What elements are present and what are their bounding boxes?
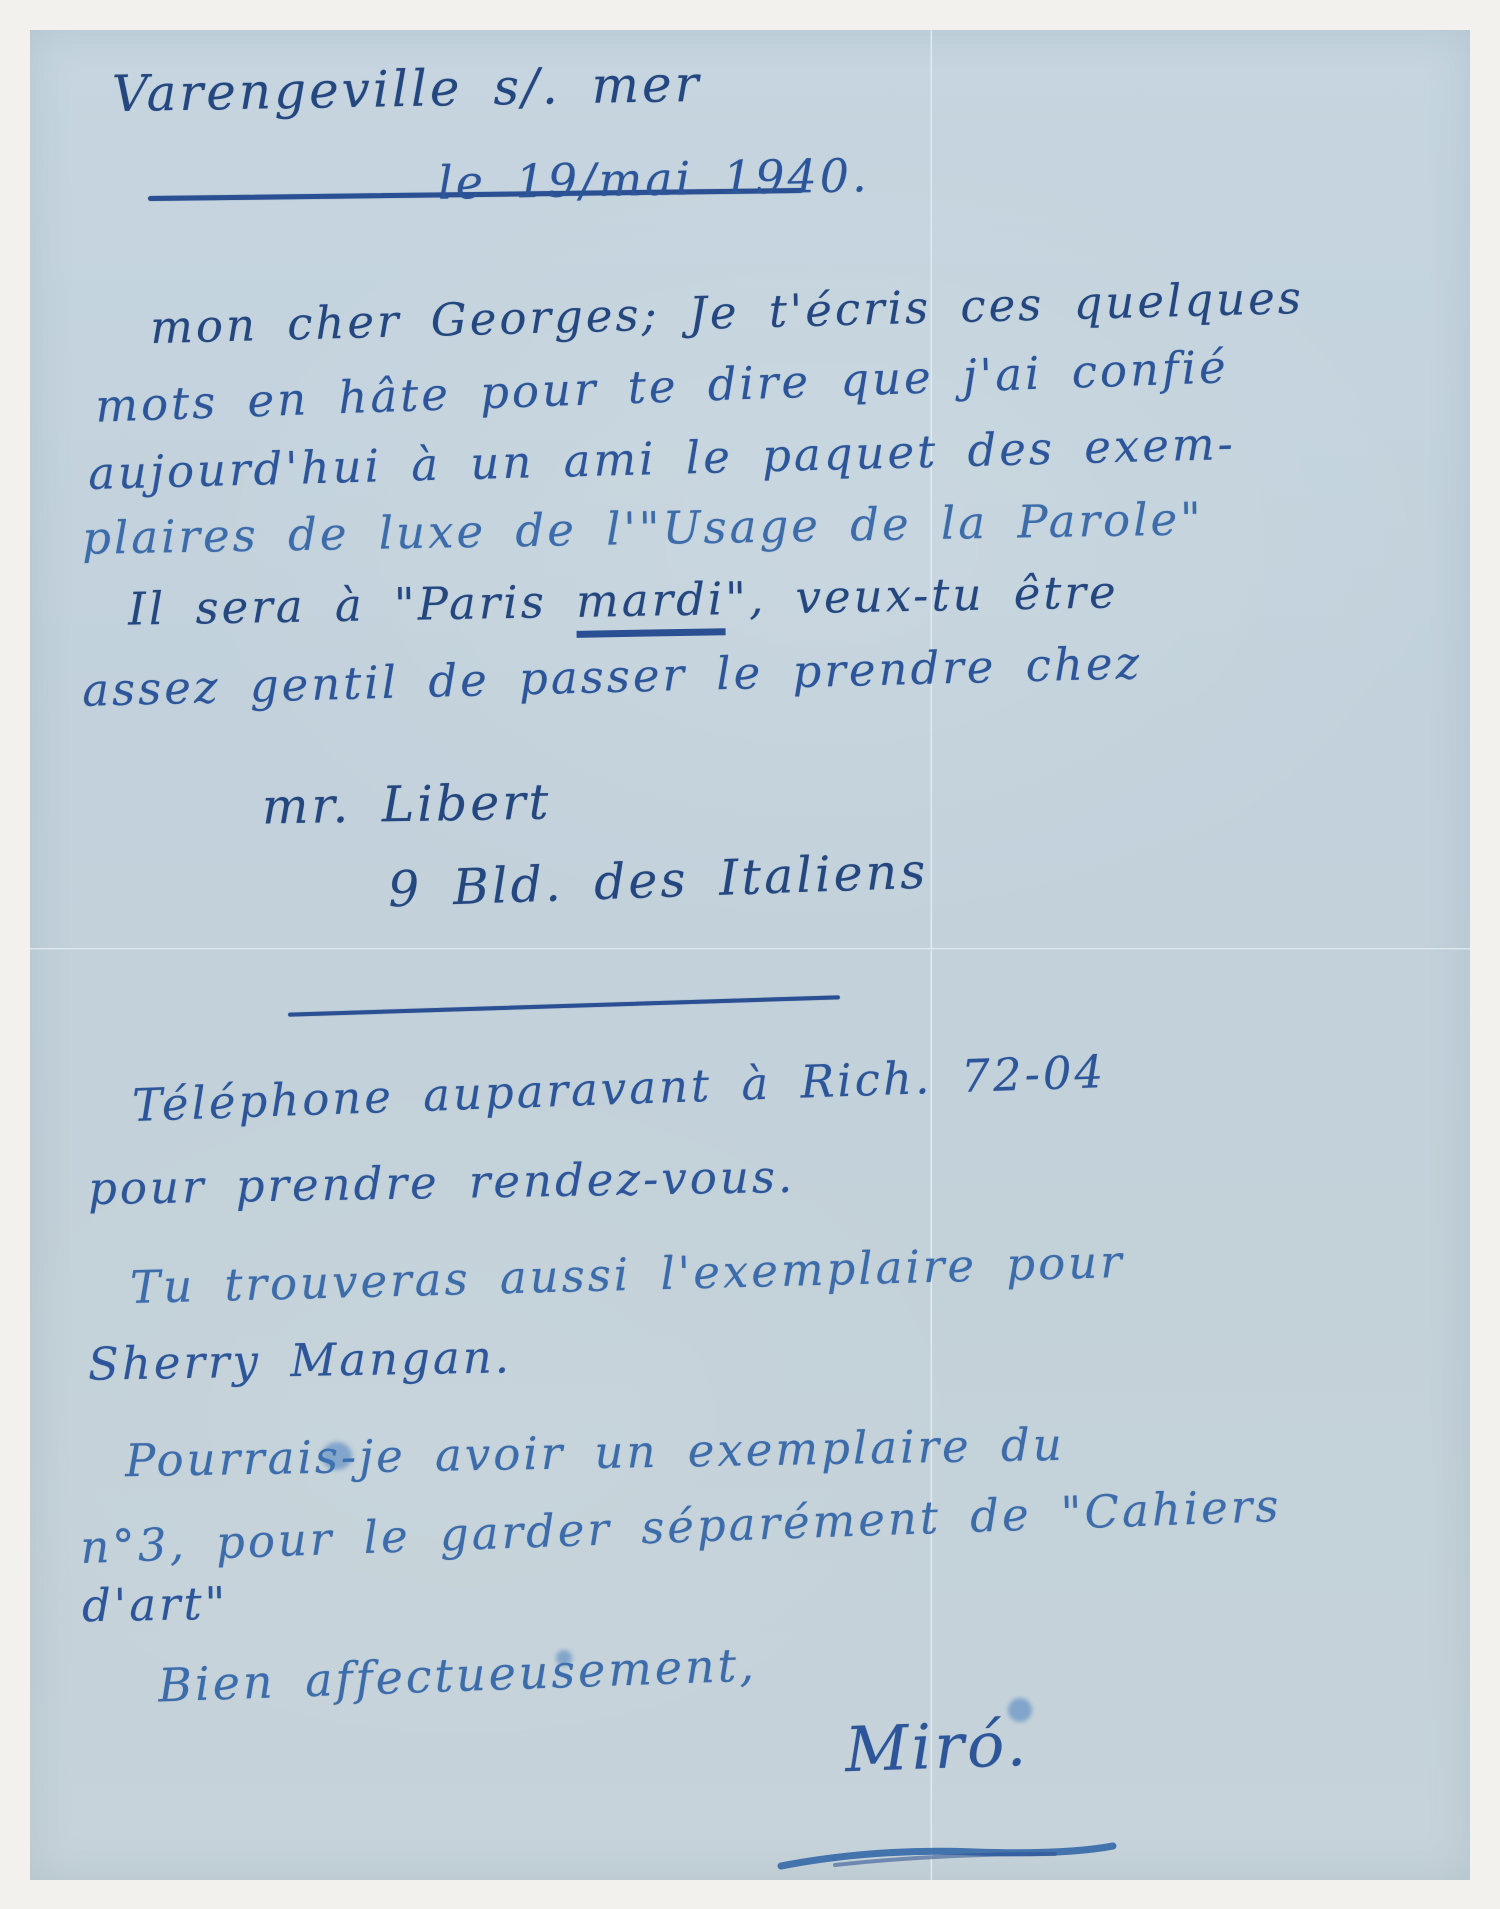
letter-place: Varengeville s/. mer [112, 55, 702, 123]
letter-scan: Varengeville s/. mer le 19/mai 1940. mon… [0, 0, 1500, 1909]
instructions-line-4: Sherry Mangan. [88, 1330, 513, 1390]
body-line-5-underlined-word: mardi [576, 572, 726, 638]
body-line-5-post: ", veux-tu être [725, 565, 1119, 625]
ink-blot [322, 1442, 352, 1470]
ink-blot [1008, 1698, 1032, 1722]
address-name: mr. Libert [262, 773, 552, 835]
body-line-5-pre: Il sera à "Paris [128, 575, 577, 636]
instructions-line-7: d'art" [82, 1577, 229, 1633]
signature: Miró. [844, 1707, 1030, 1786]
horizontal-fold-crease [30, 948, 1470, 951]
letter-date: le 19/mai 1940. [438, 148, 871, 210]
ink-blot [556, 1650, 572, 1666]
signature-flourish-stroke [775, 1832, 1120, 1882]
